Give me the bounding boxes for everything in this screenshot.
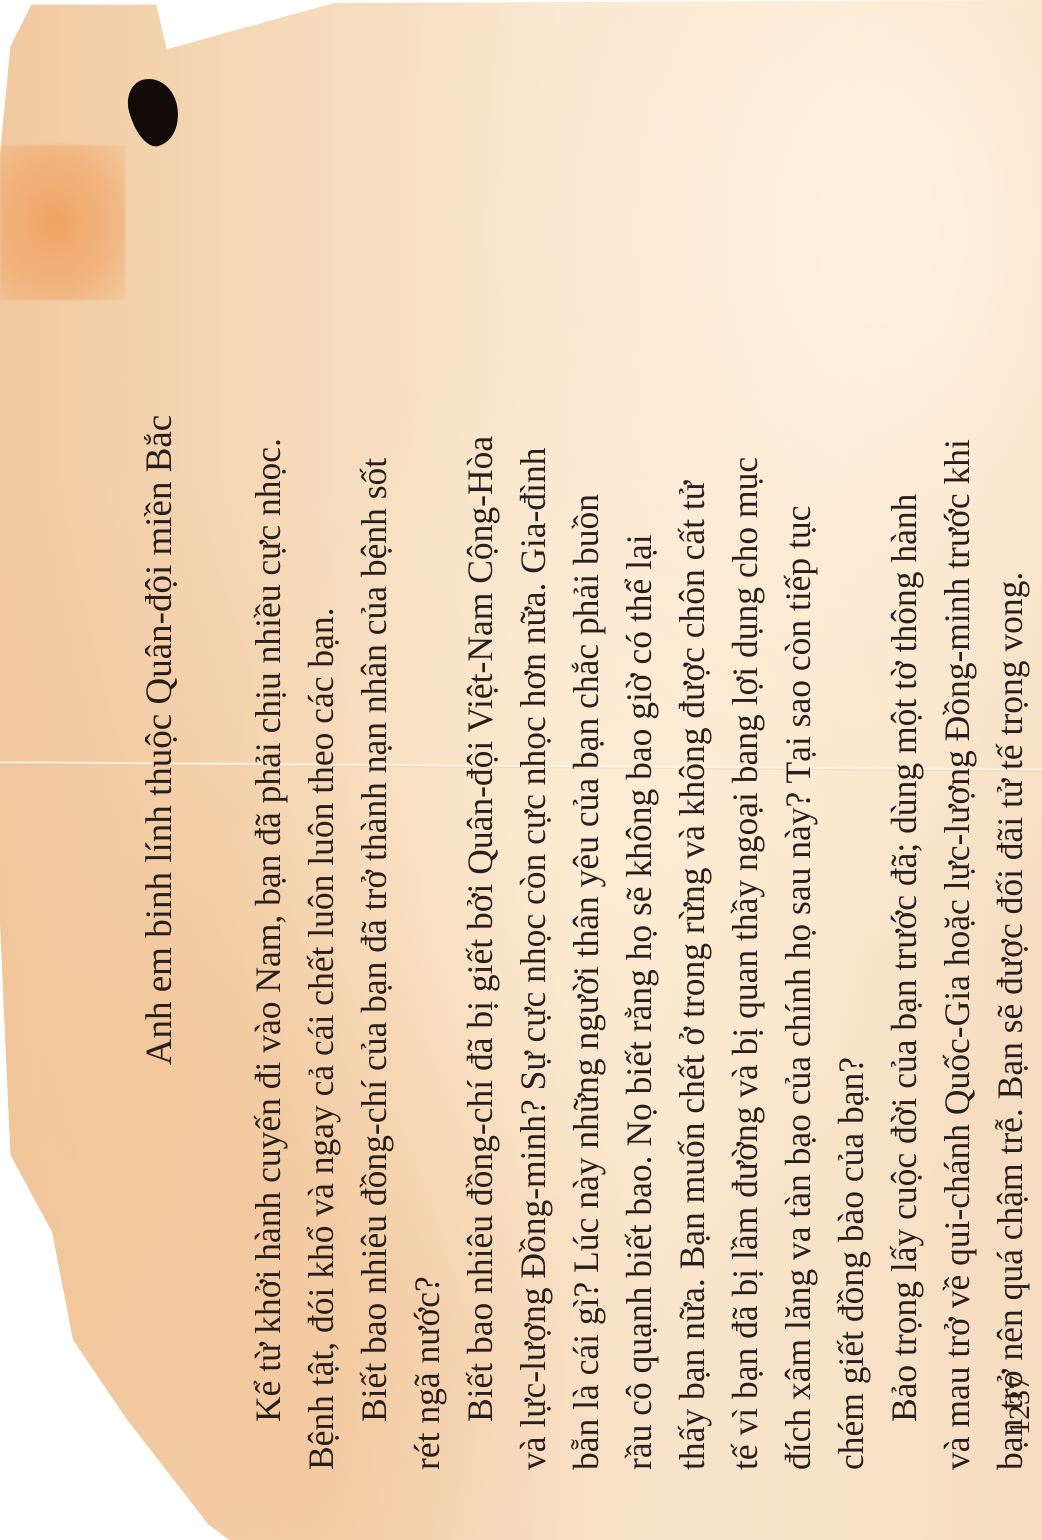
leaflet-text-block: Anh em binh lính thuộc Quân-đội miền Bắc…	[140, 100, 1037, 1470]
page-number: 1237	[1003, 1375, 1037, 1435]
leaflet-title: Anh em binh lính thuộc Quân-đội miền Bắc	[140, 100, 180, 1470]
text-line: rét ngã nước?	[401, 100, 454, 1470]
text-line: tế vì bạn đã bị lầm đường và bị quan thầ…	[719, 100, 772, 1470]
text-line: đích xâm lăng va tàn bạo của chính họ sa…	[772, 100, 825, 1470]
text-line: bạn trở nên quá chậm trễ. Bạn sẽ được đố…	[984, 100, 1037, 1470]
orange-stain	[0, 145, 125, 300]
text-line: thấy bạn nữa. Bạn muốn chết ở trong rừng…	[666, 100, 719, 1470]
edge-damage	[58, 1365, 90, 1435]
text-line: Biết bao nhiêu đồng-chí đã bị giết bởi Q…	[454, 100, 507, 1470]
text-line: Bệnh tật, đói khổ và ngay cả cái chết lu…	[295, 100, 348, 1470]
text-line: và mau trở về qui-chánh Quốc-Gia hoặc lự…	[931, 100, 984, 1470]
aged-paper-leaflet: Anh em binh lính thuộc Quân-đội miền Bắc…	[0, 0, 1042, 1540]
text-line: và lực-lượng Đồng-minh? Sự cực nhọc còn …	[507, 100, 560, 1470]
text-line: bẵn là cái gì? Lúc này những người thân …	[560, 100, 613, 1470]
text-line: rầu cô quạnh biết bao. Nọ biết rằng họ s…	[613, 100, 666, 1470]
text-line: Biết bao nhiêu đồng-chí của bạn đã trở t…	[348, 100, 401, 1470]
text-line: Bảo trọng lấy cuộc đời của bạn trước đã;…	[878, 100, 931, 1470]
text-line: chém giết đồng bào của bạn?	[825, 100, 878, 1470]
text-line: Kể từ khởi hành cuyến đi vào Nam, bạn đã…	[242, 100, 295, 1470]
leaflet-body: Kể từ khởi hành cuyến đi vào Nam, bạn đã…	[242, 100, 1037, 1470]
